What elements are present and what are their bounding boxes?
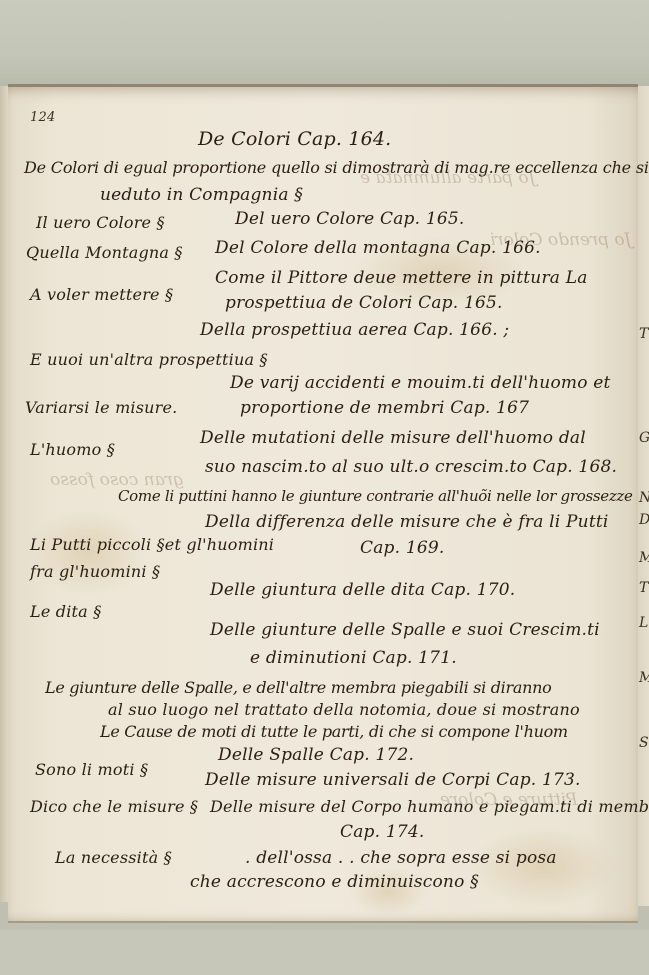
edge-letter: L <box>639 615 648 631</box>
edge-letter: T <box>639 326 648 342</box>
text-line: Delle misure del Corpo humano e piegam.t… <box>210 797 649 816</box>
edge-letter: N <box>639 490 649 506</box>
text-line: prospettiua de Colori Cap. 165. <box>225 293 503 313</box>
edge-letter: D <box>639 512 649 528</box>
margin-note: Il uero Colore § <box>36 213 165 232</box>
text-line: Le Cause de moti di tutte le parti, di c… <box>100 722 568 741</box>
text-line: Come il Pittore deue mettere in pittura … <box>215 268 588 288</box>
margin-note: La necessità § <box>55 848 172 867</box>
text-line: e diminutioni Cap. 171. <box>250 648 457 668</box>
text-line: Cap. 174. <box>340 822 424 842</box>
text-line: Della prospettiua aerea Cap. 166. ; <box>200 320 509 340</box>
text-line: proportione de membri Cap. 167 <box>240 398 529 418</box>
text-line: suo nascim.to al suo ult.o crescim.to Ca… <box>205 457 617 477</box>
text-line: Del Colore della montagna Cap. 166. <box>215 238 541 258</box>
text-line: Delle giuntura delle dita Cap. 170. <box>210 580 515 600</box>
margin-note: fra gl'huomini § <box>30 562 160 581</box>
margin-note: L'huomo § <box>30 440 115 459</box>
margin-note: Dico che le misure § <box>30 797 198 816</box>
edge-letter: T <box>639 580 648 596</box>
margin-note: Quella Montagna § <box>26 243 183 262</box>
text-line: Del uero Colore Cap. 165. <box>235 209 465 229</box>
text-line: Cap. 169. <box>360 538 444 558</box>
text-line: Delle Spalle Cap. 172. <box>218 745 414 765</box>
text-line: al suo luogo nel trattato della notomia,… <box>108 700 580 719</box>
text-line: Delle giunture delle Spalle e suoi Cresc… <box>210 620 600 640</box>
chapter-heading: De Colori Cap. 164. <box>198 128 391 150</box>
margin-note: Variarsi le misure. <box>25 398 177 417</box>
text-line: Come li puttini hanno le giunture contra… <box>118 487 633 505</box>
margin-note: A voler mettere § <box>30 285 173 304</box>
scan-background <box>0 930 649 975</box>
margin-note: Li Putti piccoli §et gl'huomini <box>30 535 274 554</box>
margin-note: Le dita § <box>30 602 101 621</box>
text-line: ueduto in Compagnia § <box>100 185 303 205</box>
margin-note: E uuoi un'altra prospettiua § <box>30 350 268 369</box>
margin-note: Sono li moti § <box>35 760 148 779</box>
text-line: . dell'ossa . . che sopra esse si posa <box>245 848 557 868</box>
edge-letter: M <box>639 550 649 566</box>
edge-letter: S <box>639 735 649 751</box>
text-line: Le giunture delle Spalle, e dell'altre m… <box>45 678 551 697</box>
text-line: Delle misure universali de Corpi Cap. 17… <box>205 770 581 790</box>
text-line: De Colori di egual proportione quello si… <box>24 158 649 177</box>
text-line: che accrescono e diminuiscono § <box>190 872 479 892</box>
text-line: De varij accidenti e mouim.ti dell'huomo… <box>230 373 611 393</box>
edge-letter: G <box>639 430 649 446</box>
text-line: Della differenza delle misure che è fra … <box>205 512 609 532</box>
edge-letter: M <box>639 670 649 686</box>
page-number: 124 <box>30 110 55 125</box>
text-line: Delle mutationi delle misure dell'huomo … <box>200 428 586 448</box>
